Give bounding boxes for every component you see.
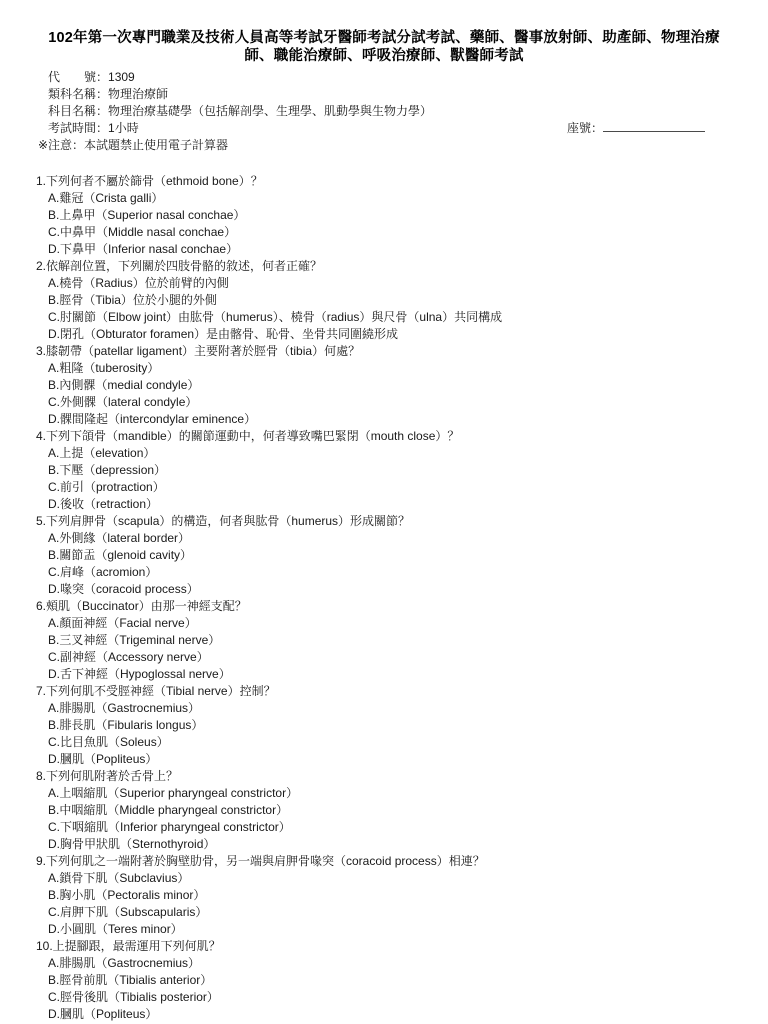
question-option-list: A.鎖骨下肌（Subclavius）B.胸小肌（Pectoralis minor… <box>0 870 768 938</box>
exam-subject-value: 物理治療基礎學（包括解剖學、生理學、肌動學與生物力學） <box>108 104 432 118</box>
question-option: B.中咽縮肌（Middle pharyngeal constrictor） <box>0 802 768 819</box>
exam-time-group: 考試時間：1小時 <box>48 120 139 137</box>
question-option: C.肩峰（acromion） <box>0 564 768 581</box>
question-text: 5.下列肩胛骨（scapula）的構造，何者與肱骨（humerus）形成關節？ <box>0 513 768 530</box>
question-option: B.脛骨前肌（Tibialis anterior） <box>0 972 768 989</box>
question-option: D.下鼻甲（Inferior nasal conchae） <box>0 241 768 258</box>
question-option-list: A.腓腸肌（Gastrocnemius）B.腓長肌（Fibularis long… <box>0 700 768 768</box>
question-text: 7.下列何肌不受脛神經（Tibial nerve）控制？ <box>0 683 768 700</box>
question-option: A.顏面神經（Facial nerve） <box>0 615 768 632</box>
exam-notice: ※注意：本試題禁止使用電子計算器 <box>0 137 768 154</box>
question-text: 10.上提腳跟，最需運用下列何肌？ <box>0 938 768 955</box>
question-item: 3.膝韌帶（patellar ligament）主要附著於脛骨（tibia）何處… <box>0 343 768 428</box>
question-option: C.前引（protraction） <box>0 479 768 496</box>
question-option: D.膕肌（Popliteus） <box>0 751 768 768</box>
question-option: D.髁間隆起（intercondylar eminence） <box>0 411 768 428</box>
seat-number-field: 座號： <box>567 120 705 137</box>
seat-number-label: 座號： <box>567 121 603 135</box>
exam-category-line: 類科名稱：物理治療師 <box>0 86 768 103</box>
question-option-list: A.腓腸肌（Gastrocnemius）B.脛骨前肌（Tibialis ante… <box>0 955 768 1023</box>
question-item: 4.下列下頜骨（mandible）的關節運動中，何者導致嘴巴緊閉（mouth c… <box>0 428 768 513</box>
questions-list: 1.下列何者不屬於篩骨（ethmoid bone）？ A.雞冠（Crista g… <box>0 173 768 1023</box>
exam-category-value: 物理治療師 <box>108 87 168 101</box>
exam-info: 代 號：1309 類科名稱：物理治療師 科目名稱：物理治療基礎學（包括解剖學、生… <box>0 69 768 154</box>
question-option: B.上鼻甲（Superior nasal conchae） <box>0 207 768 224</box>
question-option: A.腓腸肌（Gastrocnemius） <box>0 700 768 717</box>
question-option: C.中鼻甲（Middle nasal conchae） <box>0 224 768 241</box>
question-option: D.膕肌（Popliteus） <box>0 1006 768 1023</box>
question-text: 6.頰肌（Buccinator）由那一神經支配？ <box>0 598 768 615</box>
question-option: C.外側髁（lateral condyle） <box>0 394 768 411</box>
question-option: D.舌下神經（Hypoglossal nerve） <box>0 666 768 683</box>
question-option: C.肩胛下肌（Subscapularis） <box>0 904 768 921</box>
question-option: D.胸骨甲狀肌（Sternothyroid） <box>0 836 768 853</box>
question-text: 9.下列何肌之一端附著於胸壁肋骨，另一端與肩胛骨喙突（coracoid proc… <box>0 853 768 870</box>
question-option: D.閉孔（Obturator foramen）是由髂骨、恥骨、坐骨共同圍繞形成 <box>0 326 768 343</box>
question-option-list: A.顏面神經（Facial nerve）B.三叉神經（Trigeminal ne… <box>0 615 768 683</box>
question-option: A.腓腸肌（Gastrocnemius） <box>0 955 768 972</box>
question-text: 2.依解剖位置，下列關於四肢骨骼的敘述，何者正確？ <box>0 258 768 275</box>
question-option: C.脛骨後肌（Tibialis posterior） <box>0 989 768 1006</box>
question-text: 8.下列何肌附著於舌骨上？ <box>0 768 768 785</box>
question-item: 8.下列何肌附著於舌骨上？ A.上咽縮肌（Superior pharyngeal… <box>0 768 768 853</box>
question-item: 2.依解剖位置，下列關於四肢骨骼的敘述，何者正確？ A.橈骨（Radius）位於… <box>0 258 768 343</box>
question-option-list: A.上提（elevation）B.下壓（depression）C.前引（prot… <box>0 445 768 513</box>
question-option: A.橈骨（Radius）位於前臂的內側 <box>0 275 768 292</box>
page-title: 102年第一次專門職業及技術人員高等考試牙醫師考試分試考試、藥師、醫事放射師、助… <box>34 29 734 65</box>
question-option: B.三叉神經（Trigeminal nerve） <box>0 632 768 649</box>
question-item: 1.下列何者不屬於篩骨（ethmoid bone）？ A.雞冠（Crista g… <box>0 173 768 258</box>
question-option-list: A.雞冠（Crista galli）B.上鼻甲（Superior nasal c… <box>0 190 768 258</box>
question-option-list: A.粗隆（tuberosity）B.內側髁（medial condyle）C.外… <box>0 360 768 428</box>
question-text: 4.下列下頜骨（mandible）的關節運動中，何者導致嘴巴緊閉（mouth c… <box>0 428 768 445</box>
question-option: B.關節盂（glenoid cavity） <box>0 547 768 564</box>
exam-code-line: 代 號：1309 <box>0 69 768 86</box>
question-option: D.喙突（coracoid process） <box>0 581 768 598</box>
exam-code-label: 代 號： <box>48 70 108 84</box>
exam-code-value: 1309 <box>108 70 135 84</box>
exam-time-line: 考試時間：1小時 座號： <box>0 120 768 137</box>
question-option: B.胸小肌（Pectoralis minor） <box>0 887 768 904</box>
question-option: A.鎖骨下肌（Subclavius） <box>0 870 768 887</box>
question-option: B.腓長肌（Fibularis longus） <box>0 717 768 734</box>
question-option-list: A.上咽縮肌（Superior pharyngeal constrictor）B… <box>0 785 768 853</box>
exam-time-value: 1小時 <box>108 121 139 135</box>
question-item: 10.上提腳跟，最需運用下列何肌？ A.腓腸肌（Gastrocnemius）B.… <box>0 938 768 1023</box>
question-option: B.脛骨（Tibia）位於小腿的外側 <box>0 292 768 309</box>
question-option: A.雞冠（Crista galli） <box>0 190 768 207</box>
question-option: C.下咽縮肌（Inferior pharyngeal constrictor） <box>0 819 768 836</box>
question-option: C.肘關節（Elbow joint）由肱骨（humerus）、橈骨（radius… <box>0 309 768 326</box>
exam-subject-label: 科目名稱： <box>48 104 108 118</box>
exam-subject-line: 科目名稱：物理治療基礎學（包括解剖學、生理學、肌動學與生物力學） <box>0 103 768 120</box>
exam-paper-page: 102年第一次專門職業及技術人員高等考試牙醫師考試分試考試、藥師、醫事放射師、助… <box>0 0 768 1024</box>
question-option: D.後收（retraction） <box>0 496 768 513</box>
question-item: 6.頰肌（Buccinator）由那一神經支配？ A.顏面神經（Facial n… <box>0 598 768 683</box>
question-item: 9.下列何肌之一端附著於胸壁肋骨，另一端與肩胛骨喙突（coracoid proc… <box>0 853 768 938</box>
question-option: B.內側髁（medial condyle） <box>0 377 768 394</box>
question-item: 7.下列何肌不受脛神經（Tibial nerve）控制？ A.腓腸肌（Gastr… <box>0 683 768 768</box>
question-option: A.上提（elevation） <box>0 445 768 462</box>
exam-time-label: 考試時間： <box>48 121 108 135</box>
question-text: 1.下列何者不屬於篩骨（ethmoid bone）？ <box>0 173 768 190</box>
question-option: C.比目魚肌（Soleus） <box>0 734 768 751</box>
exam-category-label: 類科名稱： <box>48 87 108 101</box>
question-option: C.副神經（Accessory nerve） <box>0 649 768 666</box>
seat-number-blank-line <box>603 120 705 132</box>
question-text: 3.膝韌帶（patellar ligament）主要附著於脛骨（tibia）何處… <box>0 343 768 360</box>
question-option-list: A.外側緣（lateral border）B.關節盂（glenoid cavit… <box>0 530 768 598</box>
question-option-list: A.橈骨（Radius）位於前臂的內側B.脛骨（Tibia）位於小腿的外側C.肘… <box>0 275 768 343</box>
question-option: A.外側緣（lateral border） <box>0 530 768 547</box>
question-item: 5.下列肩胛骨（scapula）的構造，何者與肱骨（humerus）形成關節？ … <box>0 513 768 598</box>
question-option: D.小圓肌（Teres minor） <box>0 921 768 938</box>
question-option: A.上咽縮肌（Superior pharyngeal constrictor） <box>0 785 768 802</box>
question-option: B.下壓（depression） <box>0 462 768 479</box>
question-option: A.粗隆（tuberosity） <box>0 360 768 377</box>
